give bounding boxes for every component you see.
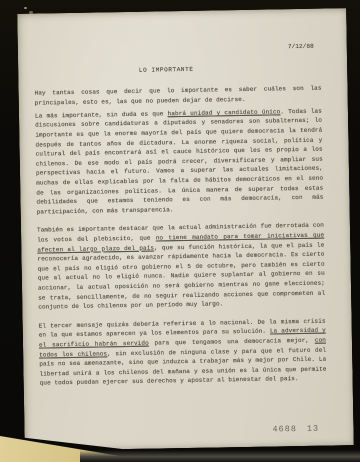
document-date: 7/12/88 xyxy=(33,9,321,57)
paragraph: El tercer mensaje quizás debería referir… xyxy=(39,316,327,388)
text-segment: Hay tantas cosas que decir que lo import… xyxy=(35,85,322,107)
scan-background: 7/12/88 LO IMPORTANTE Hay tantas cosas q… xyxy=(0,0,360,462)
text-segment: para que tengamos una democracia mejor, xyxy=(149,337,315,347)
scan-shadow xyxy=(80,450,360,462)
ink-smudge xyxy=(24,7,27,9)
document-title: LO IMPORTANTE xyxy=(34,63,298,77)
document-body: 7/12/88 LO IMPORTANTE Hay tantas cosas q… xyxy=(17,8,354,451)
paragraph: La más importante, sin duda es que habrá… xyxy=(35,106,324,217)
folio-stamp-number: 4688 xyxy=(272,425,297,435)
paragraph: Hay tantas cosas que decir que lo import… xyxy=(35,84,322,108)
underlined-phrase: habrá unidad y candidato único xyxy=(168,108,281,117)
paragraph: También es importante destacar que la ac… xyxy=(37,221,325,312)
archive-stamp: 4688 13 xyxy=(272,425,319,435)
scanned-page: 7/12/88 LO IMPORTANTE Hay tantas cosas q… xyxy=(17,8,354,451)
ink-smudge xyxy=(29,11,33,14)
text-segment: . Todas las discusiones sobre candidatur… xyxy=(35,107,323,215)
text-segment: La más importante, sin duda es que xyxy=(35,110,168,119)
page-stamp-number: 13 xyxy=(307,425,319,435)
